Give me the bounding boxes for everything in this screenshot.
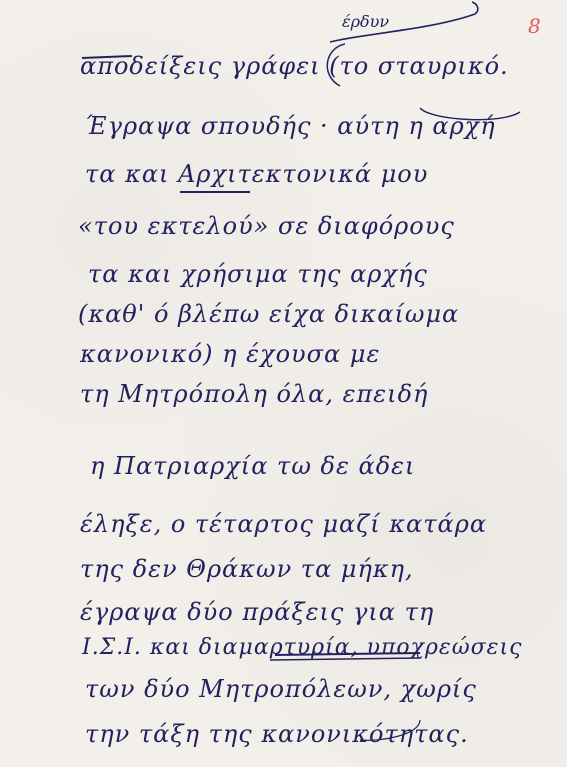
manuscript-line-10: έληξε, ο τέταρτος μαζί κατάρα: [80, 510, 487, 538]
manuscript-line-6: (καθ' ό βλέπω είχα δικαίωμα: [78, 300, 459, 328]
manuscript-line-12: έγραψα δύο πράξεις για τη: [80, 598, 434, 626]
manuscript-line-1: αποδείξεις γράφει (το σταυρικό.: [80, 52, 509, 80]
manuscript-line-4: «του εκτελού» σε διαφόρους: [78, 212, 455, 240]
manuscript-line-15: την τάξη της κανονικότητας.: [85, 720, 469, 748]
manuscript-line-3: τα και Αρχιτεκτονικά μου: [85, 160, 428, 188]
manuscript-line-7: κανονικό) η έχουσα με: [80, 340, 380, 368]
manuscript-line-13: Ι.Σ.Ι. και διαμαρτυρία, υποχρεώσεις: [82, 635, 522, 660]
manuscript-line-9: η Πατριαρχία τω δε άδει: [90, 452, 415, 480]
line-insertion: έρδυν: [342, 12, 389, 31]
page-number: 8: [528, 14, 541, 38]
manuscript-line-2: Έγραψα σπουδής · αύτη η αρχή: [85, 112, 496, 140]
manuscript-line-14: των δύο Μητροπόλεων, χωρίς: [85, 675, 477, 703]
manuscript-line-11: της δεν Θράκων τα μήκη,: [80, 555, 414, 583]
manuscript-line-8: τη Μητρόπολη όλα, επειδή: [80, 380, 428, 408]
manuscript-line-5: τα και χρήσιμα της αρχής: [88, 260, 428, 288]
manuscript-page: 8 έρδυν αποδείξεις γράφει (το σταυρικό. …: [0, 0, 567, 767]
